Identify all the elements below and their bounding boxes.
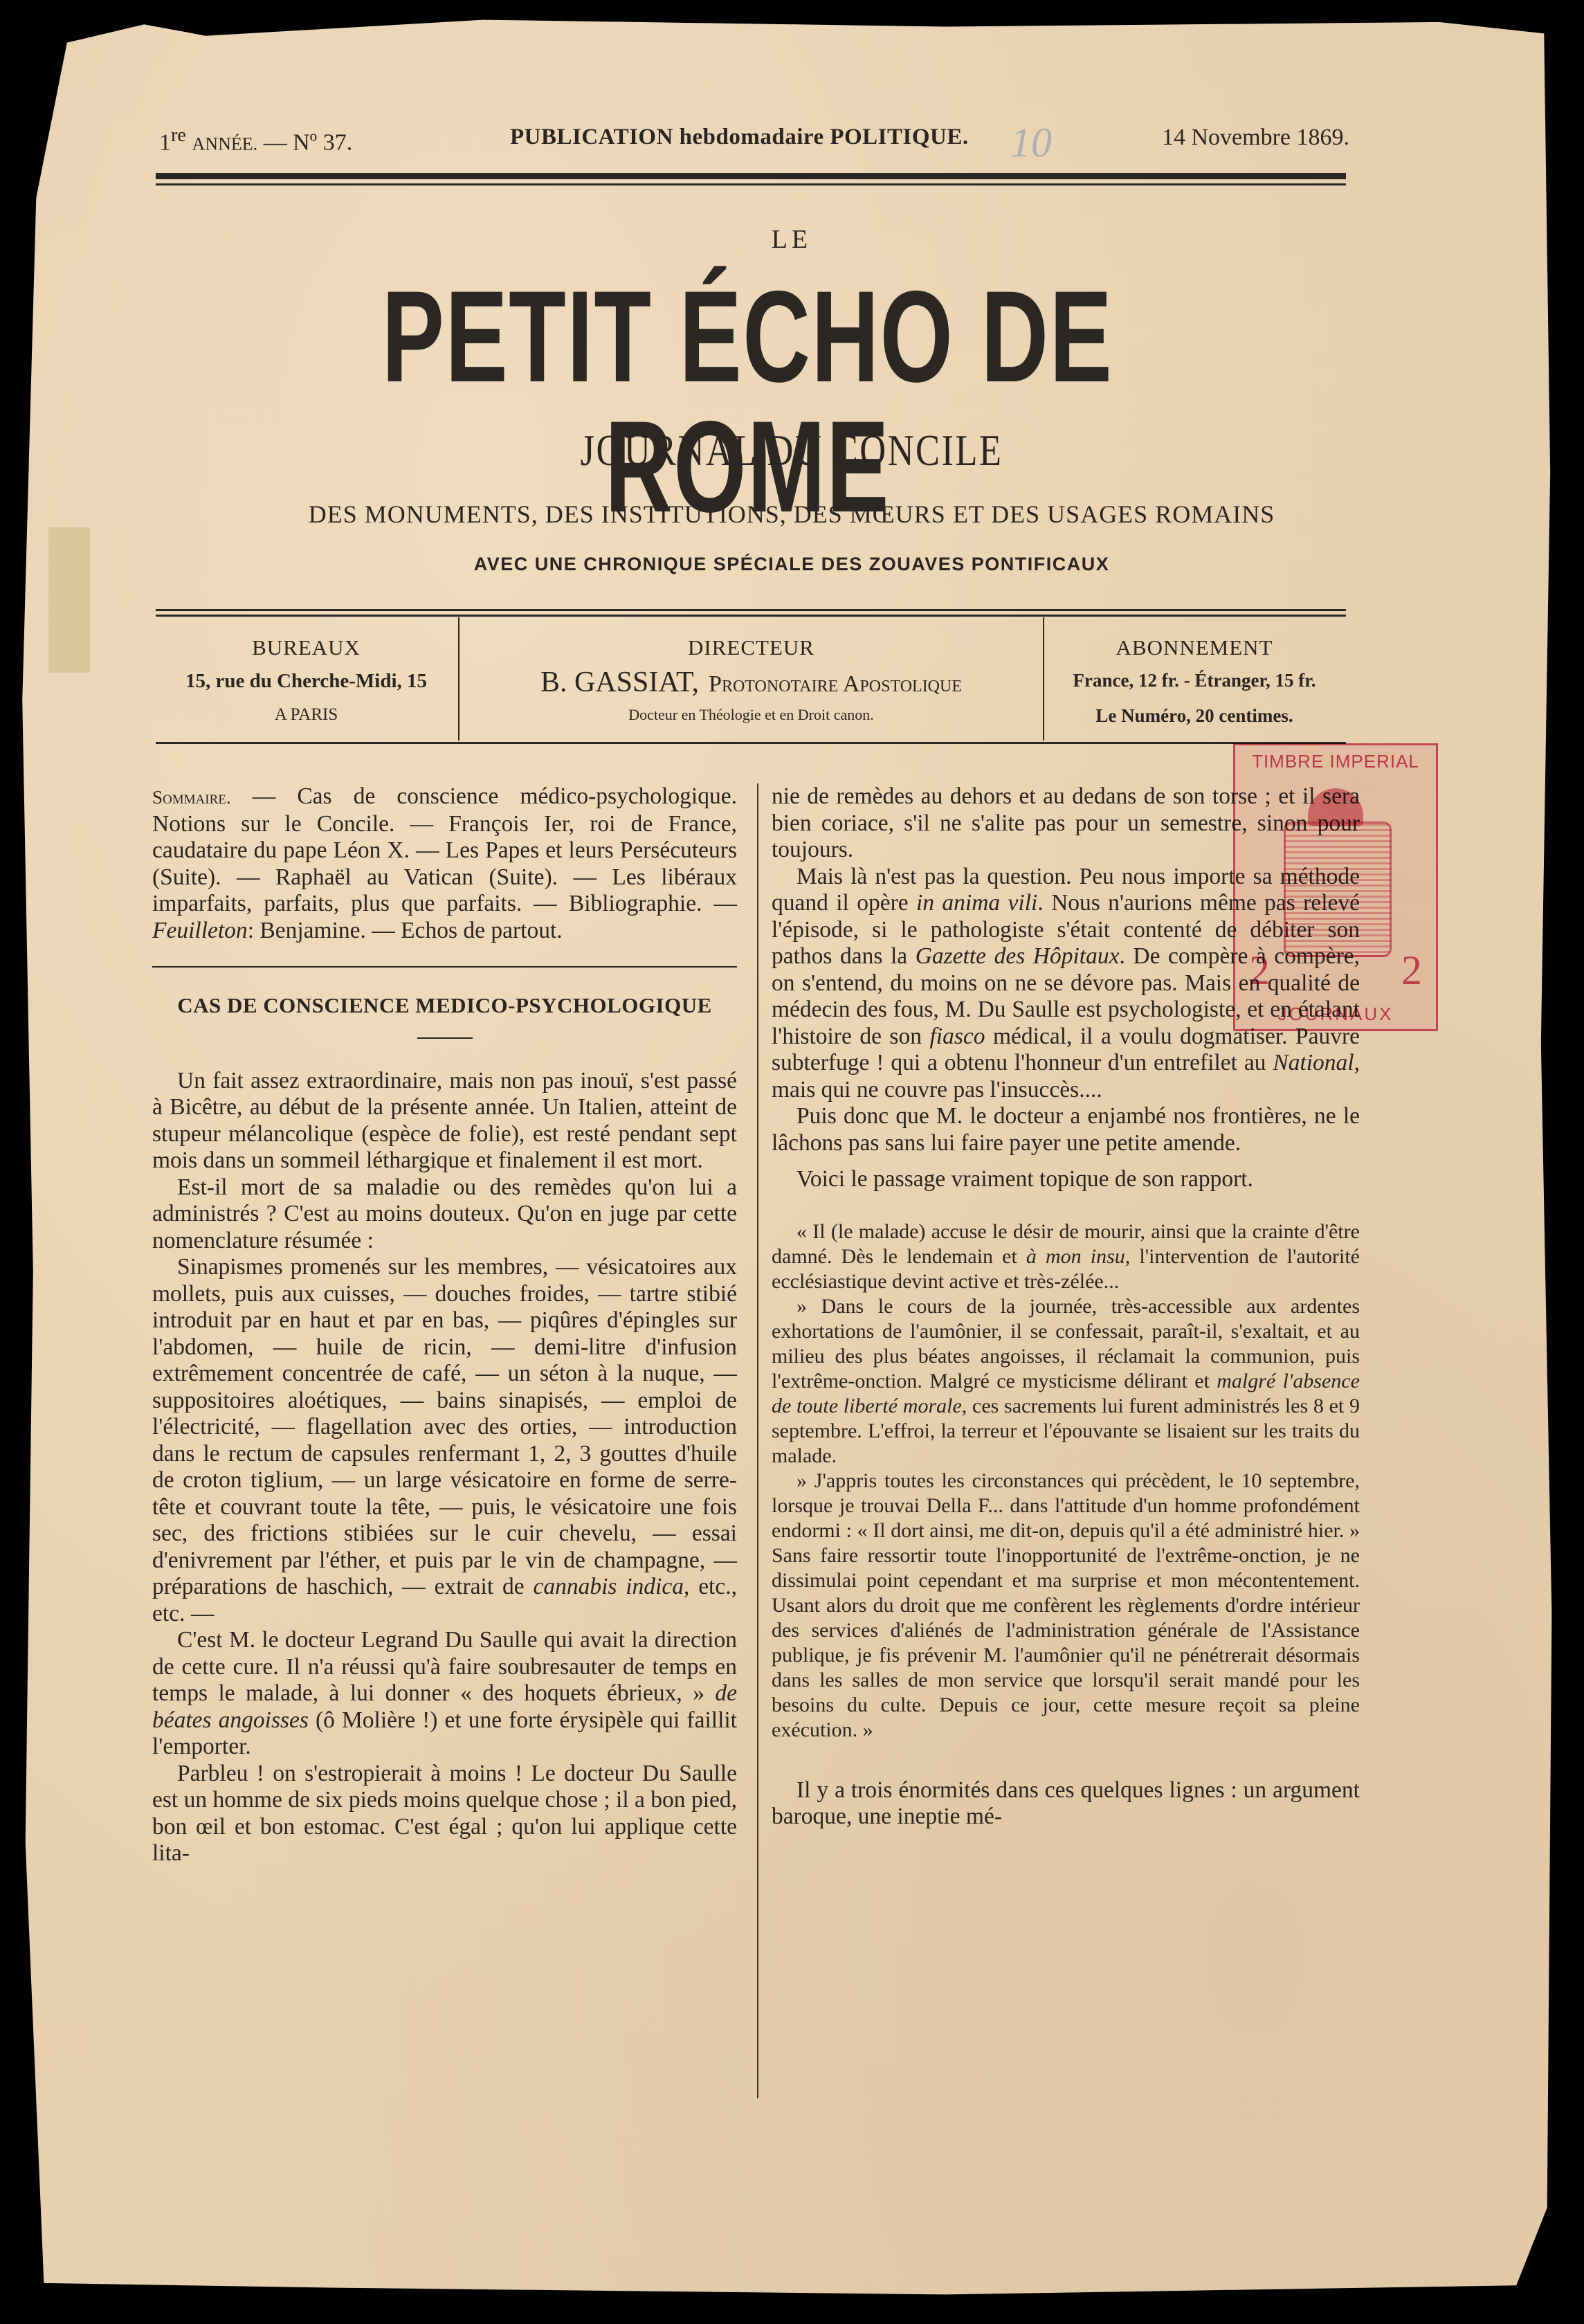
crown-icon (1308, 788, 1363, 826)
quote-paragraph: » J'appris toutes les circonstances qui … (772, 1469, 1360, 1743)
info-box: BUREAUX 15, rue du Cherche-Midi, 15 A PA… (156, 617, 1346, 741)
box-rule-top-2 (156, 615, 1346, 617)
directeur-credentials: Docteur en Théologie et en Droit canon. (459, 706, 1043, 724)
header-rule-thin (156, 183, 1346, 185)
directeur-heading: DIRECTEUR (459, 635, 1043, 660)
directeur-cell: DIRECTEUR B. GASSIAT,Protonotaire Aposto… (458, 617, 1044, 741)
box-rule-top-1 (156, 609, 1346, 611)
paragraph: Voici le passage vraiment topique de son… (772, 1166, 1360, 1193)
sommaire-rule (152, 966, 737, 968)
paragraph: Parbleu ! on s'estropierait à moins ! Le… (152, 1761, 737, 1867)
bureaux-city: A PARIS (156, 705, 457, 725)
italic-text: fiasco (929, 1024, 985, 1049)
pencil-mark: 10 (1010, 119, 1052, 167)
header-strip: 1re ANNÉE. — Nº 37. PUBLICATION hebdomad… (159, 125, 1349, 159)
left-column: Sommaire. — Cas de conscience médico-psy… (152, 783, 737, 1867)
italic-cannabis: cannabis indica (533, 1574, 684, 1599)
italic-text: National (1273, 1050, 1354, 1075)
imperial-tax-stamp: TIMBRE IMPERIAL 2 2 JOURNAUX (1233, 743, 1438, 1031)
year-sup: re (171, 125, 186, 146)
box-rule-bottom (156, 742, 1346, 744)
stamp-value-left: 2 (1249, 947, 1270, 995)
sommaire-feuilleton: Feuilleton (152, 918, 248, 943)
column-divider (757, 783, 758, 2098)
year-label: ANNÉE. (192, 134, 258, 154)
bureaux-cell: BUREAUX 15, rue du Cherche-Midi, 15 A PA… (156, 617, 457, 741)
paragraph: Puis donc que M. le docteur a enjambé no… (772, 1103, 1360, 1156)
paragraph: Est-il mort de sa maladie ou des remèdes… (152, 1174, 737, 1255)
publication-type: PUBLICATION hebdomadaire POLITIQUE. (510, 125, 969, 150)
quote-paragraph: « Il (le malade) accuse le désir de mour… (772, 1219, 1360, 1294)
bureaux-address: 15, rue du Cherche-Midi, 15 (156, 670, 457, 693)
masthead-title: PETIT ÉCHO DE ROME (349, 271, 1146, 532)
paper-stain (48, 527, 90, 673)
issue-date: 14 Novembre 1869. (1162, 125, 1349, 151)
abonnement-heading: ABONNEMENT (1043, 635, 1346, 660)
directeur-name: B. GASSIAT, (540, 666, 699, 698)
abonnement-single: Le Numéro, 20 centimes. (1043, 705, 1346, 727)
article-headline: CAS DE CONSCIENCE MEDICO-PSYCHOLOGIQUE (152, 992, 737, 1019)
masthead-article: LE (21, 224, 1563, 255)
remedy-list: Sinapismes promenés sur les membres, — v… (152, 1254, 737, 1599)
paragraph: Un fait assez extraordinaire, mais non p… (152, 1068, 737, 1174)
abonnement-cell: ABONNEMENT France, 12 fr. - Étranger, 15… (1043, 617, 1346, 741)
sommaire-label: Sommaire. (152, 787, 231, 808)
abonnement-prices: France, 12 fr. - Étranger, 15 fr. (1043, 670, 1346, 691)
header-rule-thick (156, 173, 1346, 179)
sommaire-text: — Cas de conscience médico-psychologique… (152, 783, 737, 916)
para-text: C'est M. le docteur Legrand Du Saulle qu… (152, 1627, 737, 1706)
newspaper-page: 1re ANNÉE. — Nº 37. PUBLICATION hebdomad… (21, 15, 1563, 2299)
stamp-top-label: TIMBRE IMPERIAL (1235, 751, 1436, 772)
italic-text: Gazette des Hôpitaux (916, 943, 1120, 969)
quoted-report: « Il (le malade) accuse le désir de mour… (772, 1219, 1360, 1743)
italic-text: in anima vili (916, 890, 1037, 916)
masthead-chronicle: AVEC UNE CHRONIQUE SPÉCIALE DES ZOUAVES … (21, 554, 1563, 575)
bureaux-heading: BUREAUX (156, 635, 457, 660)
paragraph: Sinapismes promenés sur les membres, — v… (152, 1254, 737, 1627)
quote-paragraph: » Dans le cours de la journée, très-acce… (772, 1294, 1360, 1469)
directeur-name-line: B. GASSIAT,Protonotaire Apostolique (459, 666, 1043, 699)
sommaire: Sommaire. — Cas de conscience médico-psy… (152, 783, 737, 944)
eagle-shield-icon (1284, 821, 1392, 957)
year-number: 1 (159, 129, 171, 155)
stamp-bottom-label: JOURNAUX (1235, 1004, 1436, 1025)
issue-number: — Nº 37. (264, 129, 353, 155)
paragraph: Il y a trois énormités dans ces quelques… (772, 1777, 1360, 1831)
sommaire-text-end: : Benjamine. — Echos de partout. (248, 918, 563, 943)
masthead-subtitle: JOURNAL DU CONCILE (160, 425, 1424, 476)
directeur-title: Protonotaire Apostolique (709, 671, 962, 697)
masthead-tagline: DES MONUMENTS, DES INSTITUTIONS, DES MŒU… (21, 500, 1563, 529)
stamp-value-right: 2 (1401, 947, 1422, 995)
paragraph: C'est M. le docteur Legrand Du Saulle qu… (152, 1627, 737, 1761)
issue-info: 1re ANNÉE. — Nº 37. (159, 125, 352, 156)
italic-text: à mon insu (1026, 1245, 1125, 1268)
headline-rule (417, 1037, 473, 1039)
